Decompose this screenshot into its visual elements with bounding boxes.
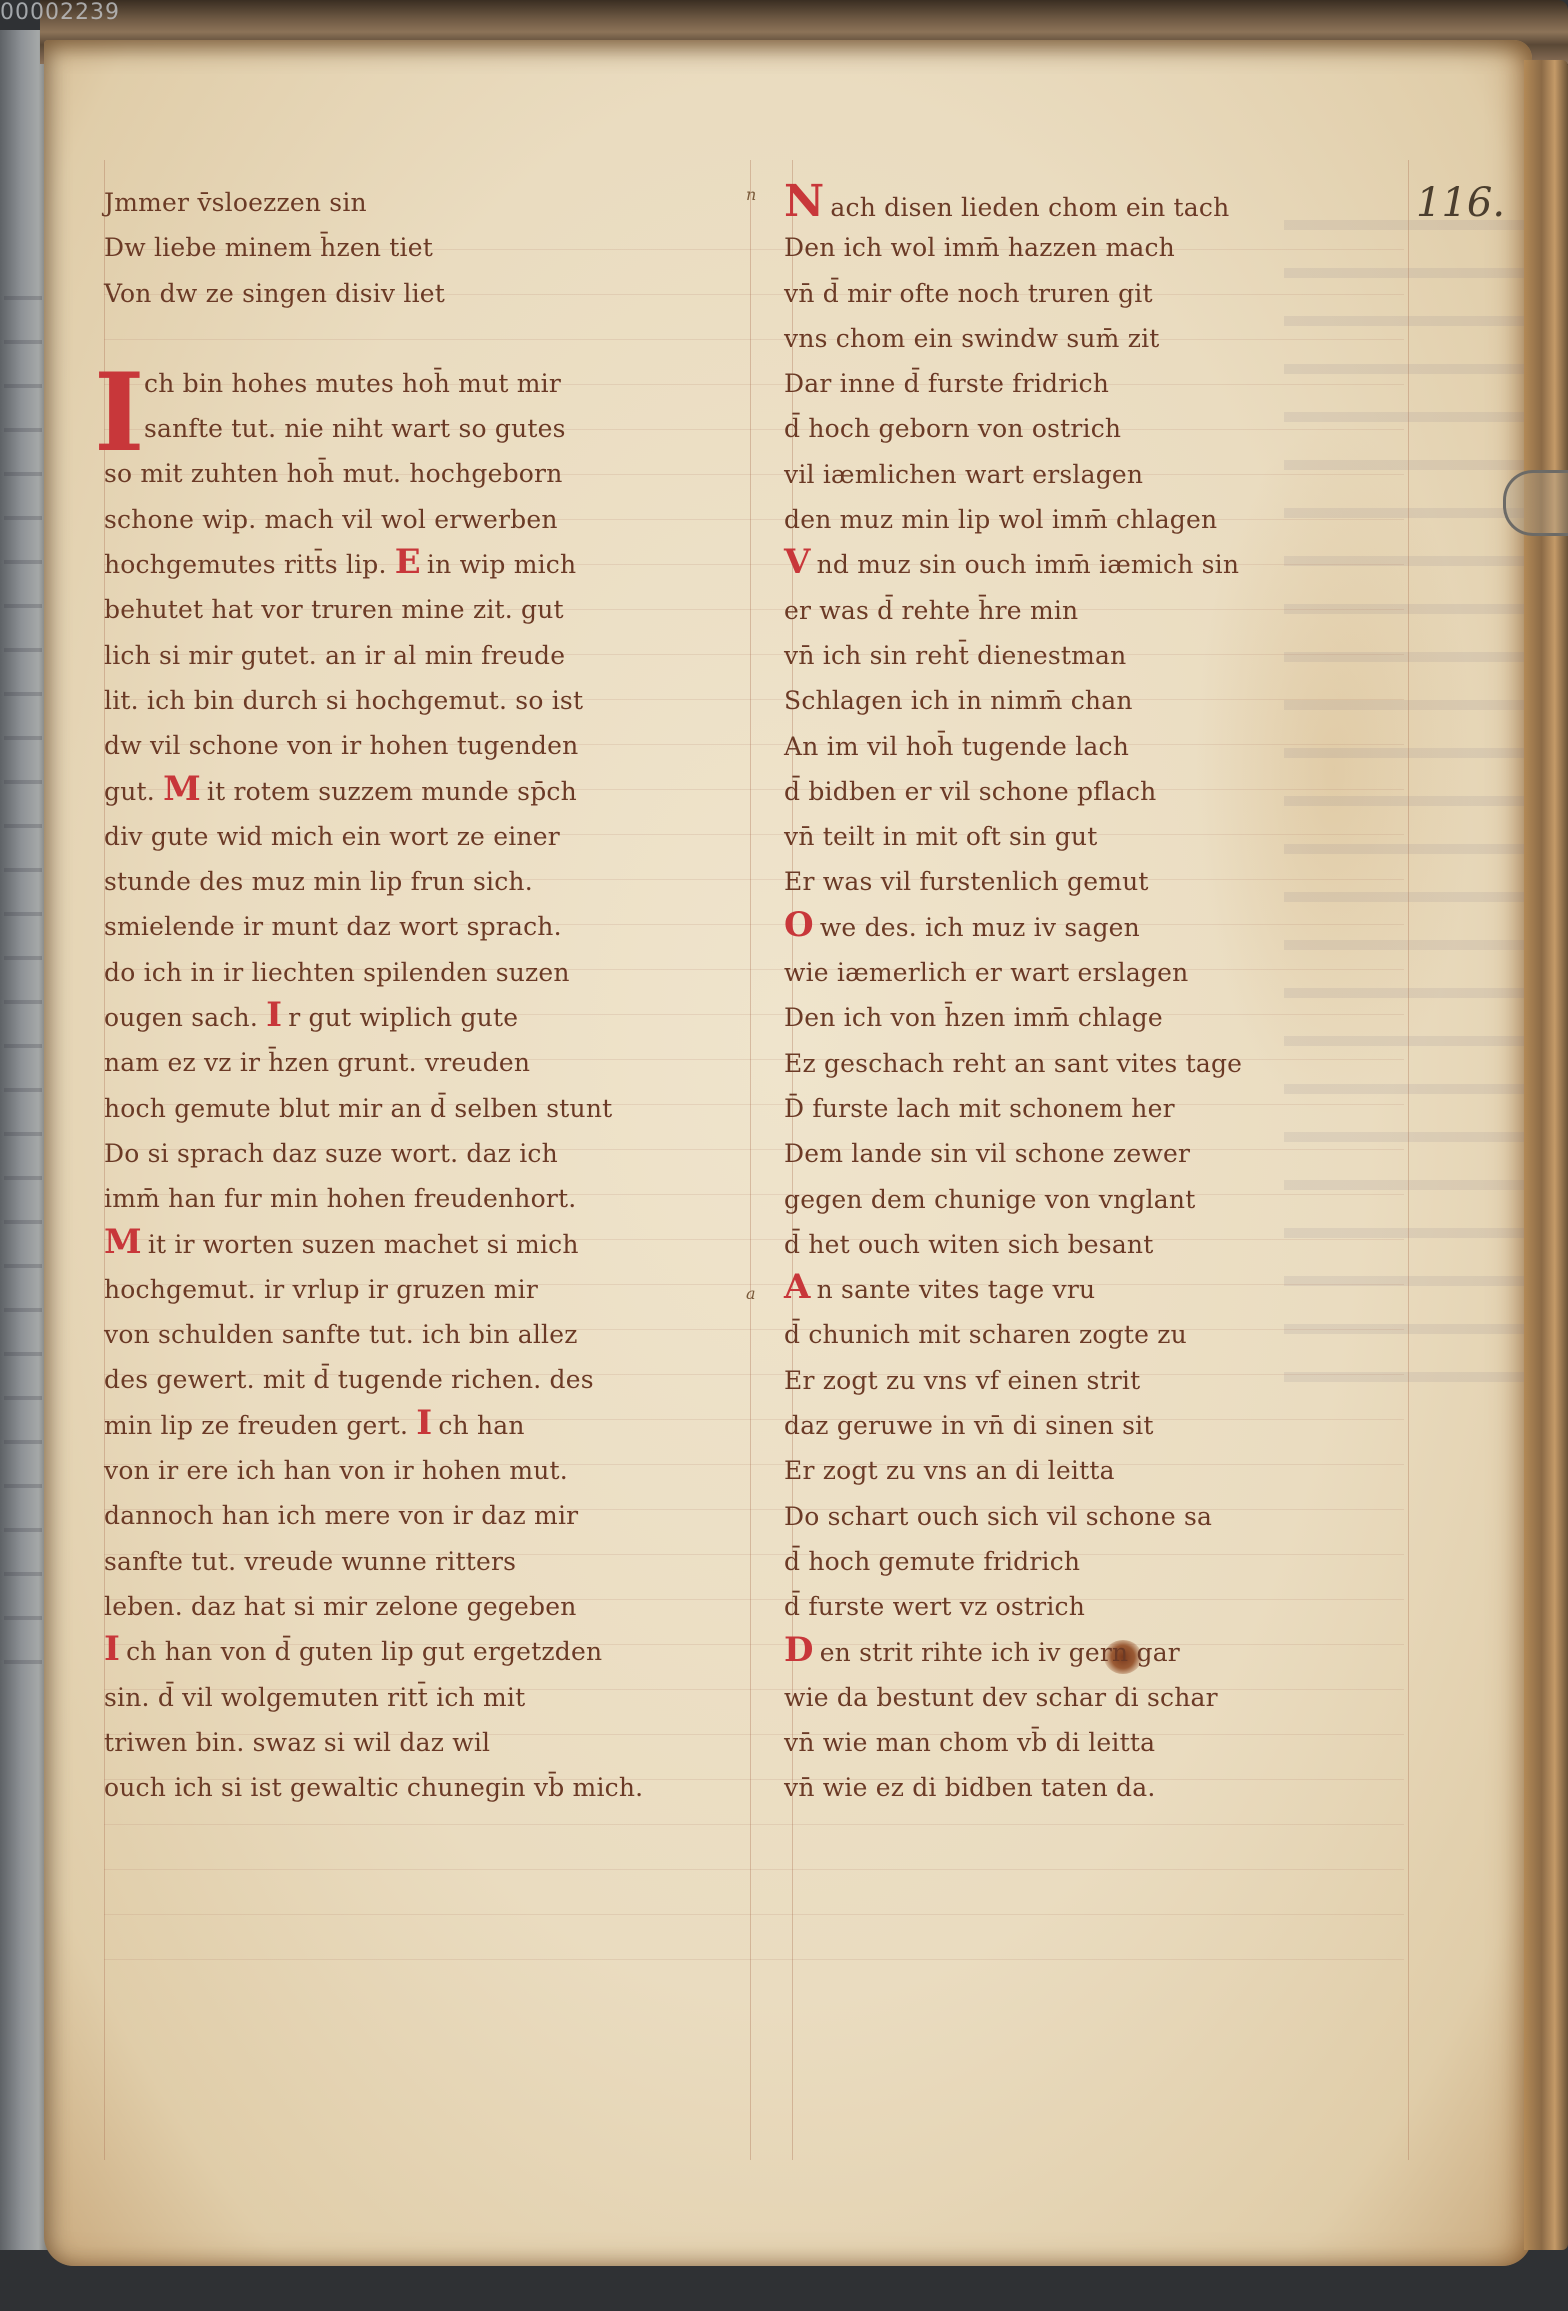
text-line: div gute wid mich ein wort ze einer: [104, 814, 744, 859]
text-line: Jmmer v̄sloezzen sin: [104, 180, 744, 225]
text-line: des gewert. mit d̄ tugende richen. des: [104, 1357, 744, 1402]
line-text: nd muz sin ouch imm̄ iæmich sin: [817, 550, 1240, 579]
left-text-column: Jmmer v̄sloezzen sin Dw liebe minem h̄ze…: [104, 180, 744, 1810]
text-line: wie iæmerlich er wart erslagen: [748, 950, 1368, 995]
text-line: a An sante vites tage vru: [748, 1267, 1368, 1312]
text-line: Den ich wol imm̄ hazzen mach: [748, 225, 1368, 270]
text-line: Er zogt zu vns vf einen strit: [748, 1358, 1368, 1403]
text-line: stunde des muz min lip frun sich.: [104, 859, 744, 904]
text-line: Er zogt zu vns an di leitta: [748, 1448, 1368, 1493]
text-line: sanfte tut. vreude wunne ritters: [104, 1539, 744, 1584]
text-line: d̄ bidben er vil schone pflach: [748, 769, 1368, 814]
line-text: ougen sach.: [104, 1003, 258, 1032]
text-line: behutet hat vor truren mine zit. gut: [104, 587, 744, 632]
rubric-initial: A: [784, 1270, 811, 1304]
text-line: d̄ hoch gemute fridrich: [748, 1539, 1368, 1584]
text-line: Do schart ouch sich vil schone sa: [748, 1494, 1368, 1539]
text-line: sin. d̄ vil wolgemuten ritt̄ ich mit: [104, 1675, 744, 1720]
text-line: d̄ chunich mit scharen zogte zu: [748, 1312, 1368, 1357]
text-line: Owe des. ich muz iv sagen: [748, 905, 1368, 950]
text-line: smielende ir munt daz wort sprach.: [104, 904, 744, 949]
text-line: d̄ hoch geborn von ostrich: [748, 406, 1368, 451]
text-line: hoch gemute blut mir an d̄ selben stunt: [104, 1086, 744, 1131]
text-line: Dw liebe minem h̄zen tiet: [104, 225, 744, 270]
text-line: gut. Mit rotem suzzem munde sp̄ch: [104, 769, 744, 814]
text-line: den muz min lip wol imm̄ chlagen: [748, 497, 1368, 542]
text-line: d̄ furste wert vz ostrich: [748, 1584, 1368, 1629]
guide-letter: n: [746, 172, 757, 217]
line-text: we des. ich muz iv sagen: [820, 913, 1140, 942]
text-line: lich si mir gutet. an ir al min freude: [104, 633, 744, 678]
line-text: n sante vites tage vru: [817, 1275, 1096, 1304]
text-line: min lip ze freuden gert. Ich han: [104, 1403, 744, 1448]
text-line: I ch bin hohes mutes hoh̄ mut mir: [104, 361, 744, 406]
line-text: min lip ze freuden gert.: [104, 1411, 408, 1440]
text-line: vil iæmlichen wart erslagen: [748, 452, 1368, 497]
line-text: hochgemutes ritt̄s lip.: [104, 550, 387, 579]
line-text: ch han von d̄ guten lip gut ergetzden: [126, 1637, 602, 1666]
line-text: ach disen lieden chom ein tach: [830, 193, 1229, 222]
line-text: ch han: [438, 1411, 524, 1440]
line-text: ch bin hohes mutes hoh̄ mut mir: [144, 369, 561, 398]
text-line: sanfte tut. nie niht wart so gutes: [104, 406, 744, 451]
text-line: von ir ere ich han von ir hohen mut.: [104, 1448, 744, 1493]
text-line: lit. ich bin durch si hochgemut. so ist: [104, 678, 744, 723]
rubric-initial: V: [784, 545, 811, 579]
rubric-initial: D: [784, 1633, 814, 1667]
text-line: er was d̄ rehte h̄re min: [748, 588, 1368, 633]
text-line: leben. daz hat si mir zelone gegeben: [104, 1584, 744, 1629]
text-line: do ich in ir liechten spilenden suzen: [104, 950, 744, 995]
rubric-initial: I: [104, 1632, 120, 1666]
text-line: so mit zuhten hoh̄ mut. hochgeborn: [104, 451, 744, 496]
text-line: nam ez vz ir h̄zen grunt. vreuden: [104, 1040, 744, 1085]
rubric-initial: I: [266, 998, 282, 1032]
margin-ruling-right: [1408, 160, 1409, 2160]
text-line: schone wip. mach vil wol erwerben: [104, 497, 744, 542]
text-line: hochgemut. ir vrlup ir gruzen mir: [104, 1267, 744, 1312]
right-text-column: n Nach disen lieden chom ein tach Den ic…: [748, 180, 1368, 1811]
text-line: vn̄ ich sin reht̄ dienestman: [748, 633, 1368, 678]
rubric-initial: E: [395, 545, 421, 579]
line-text: gut.: [104, 777, 155, 806]
rubric-initial: N: [784, 180, 824, 224]
line-text: en strit rihte ich iv gern gar: [820, 1638, 1180, 1667]
text-line: vn̄ wie man chom vb̄ di leitta: [748, 1720, 1368, 1765]
folio-number: 116.: [1416, 180, 1505, 226]
line-text: r gut wiplich gute: [288, 1003, 518, 1032]
text-line: hochgemutes ritt̄s lip. Ein wip mich: [104, 542, 744, 587]
text-line: Er was vil furstenlich gemut: [748, 859, 1368, 904]
line-text: in wip mich: [427, 550, 576, 579]
adjacent-page-stack: [0, 30, 48, 2250]
text-line: dannoch han ich mere von ir daz mir: [104, 1493, 744, 1538]
text-line: dw vil schone von ir hohen tugenden: [104, 723, 744, 768]
text-line: Ich han von d̄ guten lip gut ergetzden: [104, 1629, 744, 1674]
text-line: von schulden sanfte tut. ich bin allez: [104, 1312, 744, 1357]
text-line: Do si sprach daz suze wort. daz ich: [104, 1131, 744, 1176]
text-line: Vnd muz sin ouch imm̄ iæmich sin: [748, 542, 1368, 587]
text-line: D̄ furste lach mit schonem her: [748, 1086, 1368, 1131]
line-text: it rotem suzzem munde sp̄ch: [207, 777, 577, 806]
text-line: Den strit rihte ich iv gern gar: [748, 1630, 1368, 1675]
text-line: vns chom ein swindw sum̄ zit: [748, 316, 1368, 361]
text-line: vn̄ d̄ mir ofte noch truren git: [748, 271, 1368, 316]
text-line: Ez geschach reht an sant vites tage: [748, 1041, 1368, 1086]
text-line: gegen dem chunige von vnglant: [748, 1177, 1368, 1222]
text-line: daz geruwe in vn̄ di sinen sit: [748, 1403, 1368, 1448]
line-text: it ir worten suzen machet si mich: [148, 1230, 579, 1259]
guide-letter: a: [746, 1271, 756, 1316]
text-line: Dar inne d̄ furste fridrich: [748, 361, 1368, 406]
text-line: ougen sach. Ir gut wiplich gute: [104, 995, 744, 1040]
text-line: n Nach disen lieden chom ein tach: [748, 180, 1368, 225]
text-line: Dem lande sin vil schone zewer: [748, 1131, 1368, 1176]
text-line: wie da bestunt dev schar di schar: [748, 1675, 1368, 1720]
page-fore-edge: [1524, 60, 1568, 2250]
page-clip: [1503, 470, 1568, 536]
text-line: vn̄ teilt in mit oft sin gut: [748, 814, 1368, 859]
rubric-initial: M: [104, 1225, 142, 1259]
text-line: imm̄ han fur min hohen freudenhort.: [104, 1176, 744, 1221]
text-line: An im vil hoh̄ tugende lach: [748, 724, 1368, 769]
scan-image-number: 00002239: [0, 0, 120, 25]
text-line: Den ich von h̄zen imm̄ chlage: [748, 995, 1368, 1040]
text-line: d̄ het ouch witen sich besant: [748, 1222, 1368, 1267]
text-line: ouch ich si ist gewaltic chunegin vb̄ mi…: [104, 1765, 744, 1810]
text-line: triwen bin. swaz si wil daz wil: [104, 1720, 744, 1765]
adjacent-page-text: [4, 270, 42, 1670]
text-line: Mit ir worten suzen machet si mich: [104, 1222, 744, 1267]
rubric-initial: O: [784, 908, 814, 942]
rubric-initial: I: [416, 1406, 432, 1440]
text-line: vn̄ wie ez di bidben taten da.: [748, 1765, 1368, 1810]
rubric-initial: M: [163, 772, 201, 806]
text-line: Schlagen ich in nimm̄ chan: [748, 678, 1368, 723]
text-line: Von dw ze singen disiv liet: [104, 271, 744, 316]
